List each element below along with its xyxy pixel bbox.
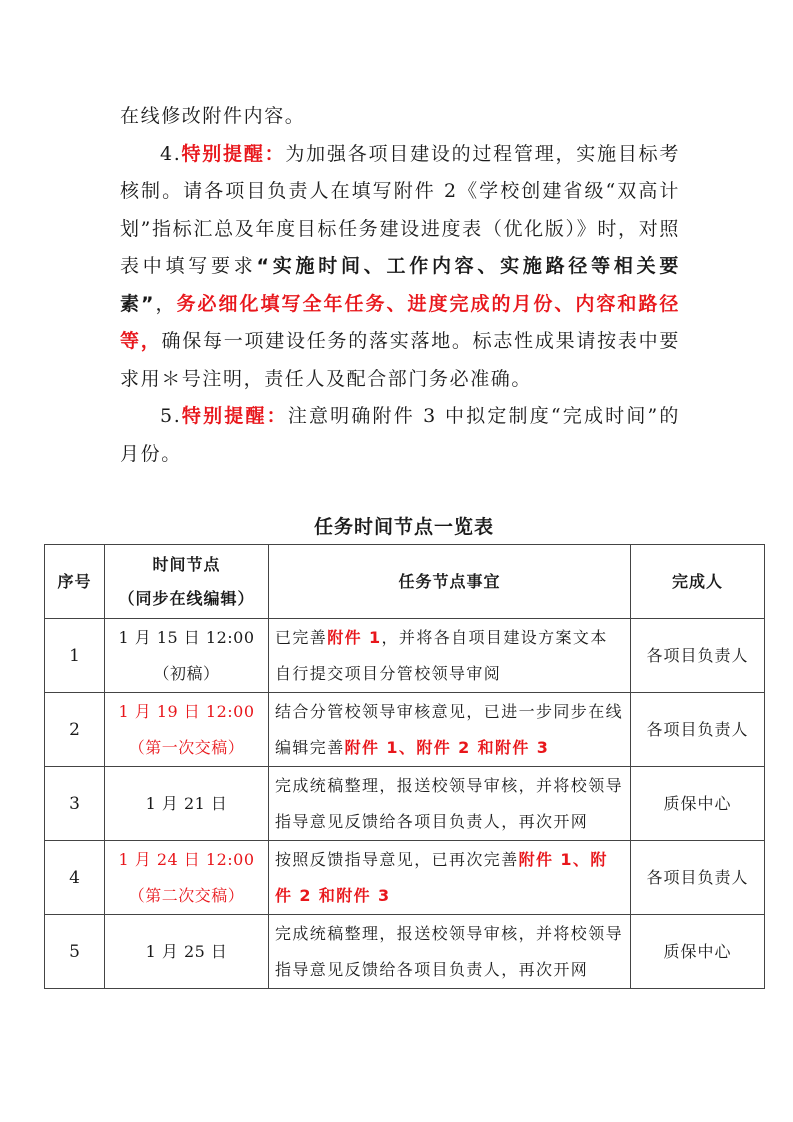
time-note: （第一次交稿） (111, 730, 262, 766)
cell-task: 完成统稿整理，报送校领导审核，并将校领导指导意见反馈给各项目负责人，再次开网 (269, 767, 631, 841)
table-row: 3 1 月 21 日 完成统稿整理，报送校领导审核，并将校领导指导意见反馈给各项… (45, 767, 765, 841)
cell-task: 已完善附件 1，并将各自项目建设方案文本自行提交项目分管校领导审阅 (269, 619, 631, 693)
cell-num: 5 (45, 915, 105, 989)
task-text: 完成统稿整理，报送校领导审核，并将校领导指导意见反馈给各项目负责人，再次开网 (275, 776, 623, 831)
task-attachment: 附件 1、附件 2 和附件 3 (345, 738, 550, 757)
cell-time: 1 月 21 日 (105, 767, 269, 841)
cell-time: 1 月 19 日 12:00 （第一次交稿） (105, 693, 269, 767)
cell-num: 2 (45, 693, 105, 767)
task-text: 完成统稿整理，报送校领导审核，并将校领导指导意见反馈给各项目负责人，再次开网 (275, 924, 623, 979)
cell-owner: 质保中心 (631, 767, 765, 841)
header-time: 时间节点 （同步在线编辑） (105, 545, 269, 619)
cell-owner: 各项目负责人 (631, 841, 765, 915)
time-note: （第二次交稿） (111, 878, 262, 914)
item-number: 5. (160, 405, 181, 427)
body-text: 在线修改附件内容。 4.特别提醒：为加强各项目建设的过程管理，实施目标考核制。请… (120, 98, 680, 473)
item-number: 4. (160, 143, 181, 165)
cell-time: 1 月 24 日 12:00 （第二次交稿） (105, 841, 269, 915)
time-date: 1 月 24 日 12:00 (111, 842, 262, 878)
punctuation: ， (155, 293, 176, 315)
cell-num: 3 (45, 767, 105, 841)
cell-task: 按照反馈指导意见，已再次完善附件 1、附件 2 和附件 3 (269, 841, 631, 915)
task-text: 已完善 (275, 628, 327, 647)
cell-num: 1 (45, 619, 105, 693)
cell-owner: 各项目负责人 (631, 693, 765, 767)
reminder-text-end: 确保每一项建设任务的落实落地。标志性成果请按表中要求用＊号注明，责任人及配合部门… (120, 330, 680, 390)
table-row: 2 1 月 19 日 12:00 （第一次交稿） 结合分管校领导审核意见，已进一… (45, 693, 765, 767)
header-task: 任务节点事宜 (269, 545, 631, 619)
header-owner: 完成人 (631, 545, 765, 619)
cell-num: 4 (45, 841, 105, 915)
time-date: 1 月 25 日 (111, 934, 262, 970)
task-timeline-table: 序号 时间节点 （同步在线编辑） 任务节点事宜 完成人 1 1 月 15 日 1… (44, 544, 765, 989)
paragraph-reminder-5: 5.特别提醒：注意明确附件 3 中拟定制度“完成时间”的月份。 (120, 398, 680, 473)
header-time-line1: 时间节点 (111, 548, 262, 582)
table-header-row: 序号 时间节点 （同步在线编辑） 任务节点事宜 完成人 (45, 545, 765, 619)
table-row: 4 1 月 24 日 12:00 （第二次交稿） 按照反馈指导意见，已再次完善附… (45, 841, 765, 915)
cell-owner: 质保中心 (631, 915, 765, 989)
header-time-line2: （同步在线编辑） (111, 582, 262, 616)
cell-task: 完成统稿整理，报送校领导审核，并将校领导指导意见反馈给各项目负责人，再次开网 (269, 915, 631, 989)
task-attachment: 附件 1 (327, 628, 381, 647)
time-date: 1 月 15 日 12:00 (111, 620, 262, 656)
task-text: 按照反馈指导意见，已再次完善 (275, 850, 519, 869)
reminder-label: 特别提醒： (181, 143, 285, 165)
paragraph-reminder-4: 4.特别提醒：为加强各项目建设的过程管理，实施目标考核制。请各项目负责人在填写附… (120, 136, 680, 399)
cell-owner: 各项目负责人 (631, 619, 765, 693)
time-date: 1 月 21 日 (111, 786, 262, 822)
time-date: 1 月 19 日 12:00 (111, 694, 262, 730)
header-num: 序号 (45, 545, 105, 619)
paragraph-continuation: 在线修改附件内容。 (120, 98, 680, 136)
time-note: （初稿） (111, 656, 262, 692)
cell-time: 1 月 25 日 (105, 915, 269, 989)
cell-task: 结合分管校领导审核意见，已进一步同步在线编辑完善附件 1、附件 2 和附件 3 (269, 693, 631, 767)
cell-time: 1 月 15 日 12:00 （初稿） (105, 619, 269, 693)
table-row: 1 1 月 15 日 12:00 （初稿） 已完善附件 1，并将各自项目建设方案… (45, 619, 765, 693)
table-row: 5 1 月 25 日 完成统稿整理，报送校领导审核，并将校领导指导意见反馈给各项… (45, 915, 765, 989)
table-title: 任务时间节点一览表 (44, 512, 764, 539)
reminder-label: 特别提醒： (181, 405, 287, 427)
